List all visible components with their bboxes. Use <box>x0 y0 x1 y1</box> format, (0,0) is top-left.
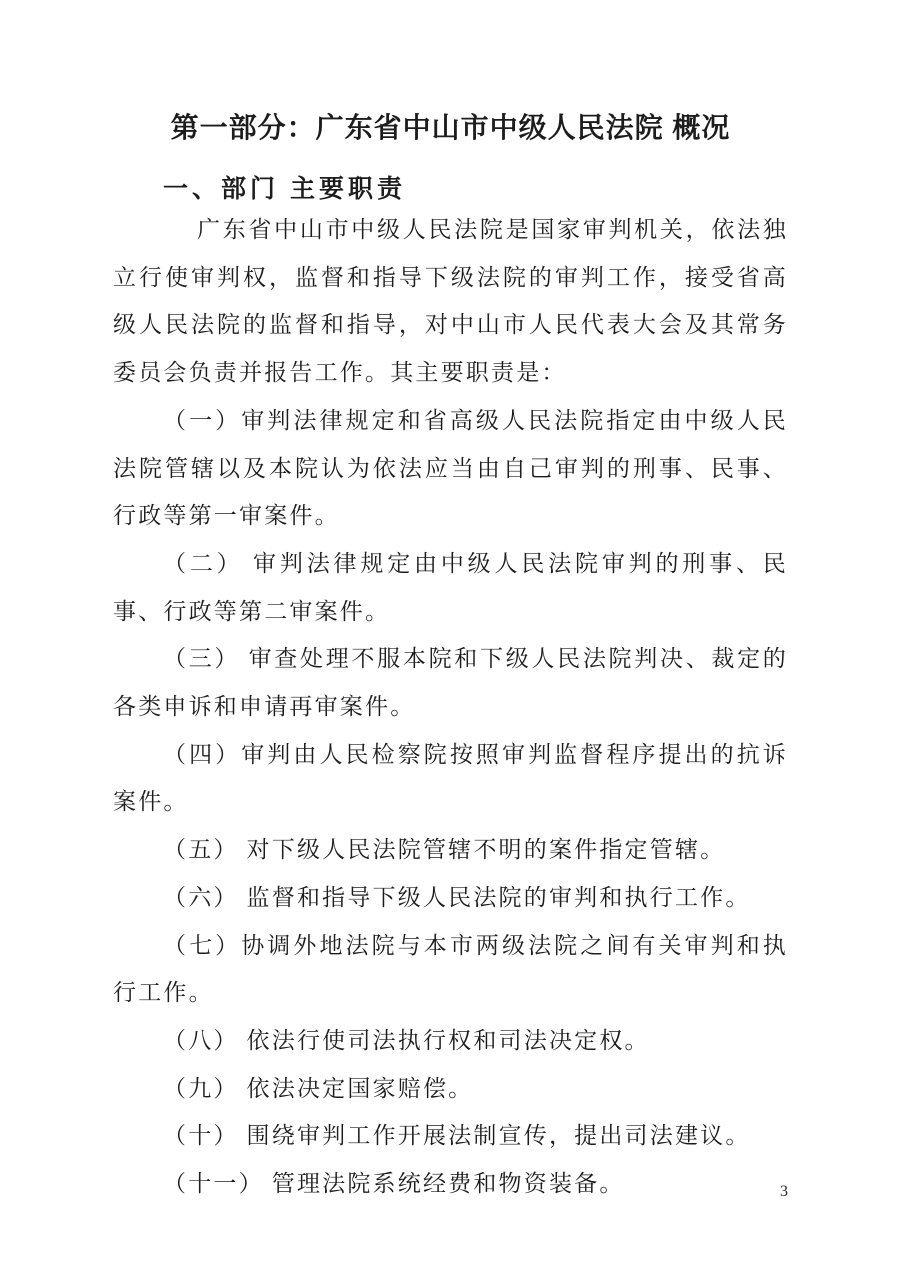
intro-paragraph: 广东省中山市中级人民法院是国家审判机关，依法独立行使审判权，监督和指导下级法院的… <box>113 206 788 397</box>
duties-list: （一）审判法律规定和省高级人民法院指定由中级人民法院管辖以及本院认为依法应当由自… <box>113 397 788 1208</box>
duty-item: （三） 审查处理不服本院和下级人民法院判决、裁定的各类申诉和申请再审案件。 <box>113 635 788 730</box>
section-body: 广东省中山市中级人民法院是国家审判机关，依法独立行使审判权，监督和指导下级法院的… <box>113 206 788 1208</box>
duty-item: （二） 审判法律规定由中级人民法院审判的刑事、民事、行政等第二审案件。 <box>113 540 788 635</box>
document-title: 第一部分：广东省中山市中级人民法院 概况 <box>113 108 788 148</box>
duty-item: （一）审判法律规定和省高级人民法院指定由中级人民法院管辖以及本院认为依法应当由自… <box>113 397 788 540</box>
duty-item: （五） 对下级人民法院管辖不明的案件指定管辖。 <box>113 826 788 874</box>
document-page: 第一部分：广东省中山市中级人民法院 概况 一、部门 主要职责 广东省中山市中级人… <box>0 0 899 1273</box>
section-heading: 一、部门 主要职责 <box>163 172 788 206</box>
page-content: 第一部分：广东省中山市中级人民法院 概况 一、部门 主要职责 广东省中山市中级人… <box>113 0 788 1208</box>
duty-item: （八） 依法行使司法执行权和司法决定权。 <box>113 1017 788 1065</box>
duty-item: （六） 监督和指导下级人民法院的审判和执行工作。 <box>113 874 788 922</box>
duty-item: （九） 依法决定国家赔偿。 <box>113 1065 788 1113</box>
page-number: 3 <box>780 1183 788 1201</box>
duty-item: （七）协调外地法院与本市两级法院之间有关审判和执行工作。 <box>113 922 788 1017</box>
duty-item: （四）审判由人民检察院按照审判监督程序提出的抗诉案件。 <box>113 731 788 826</box>
duty-item: （十） 围绕审判工作开展法制宣传，提出司法建议。 <box>113 1112 788 1160</box>
duty-item: （十一） 管理法院系统经费和物资装备。 <box>113 1160 788 1208</box>
